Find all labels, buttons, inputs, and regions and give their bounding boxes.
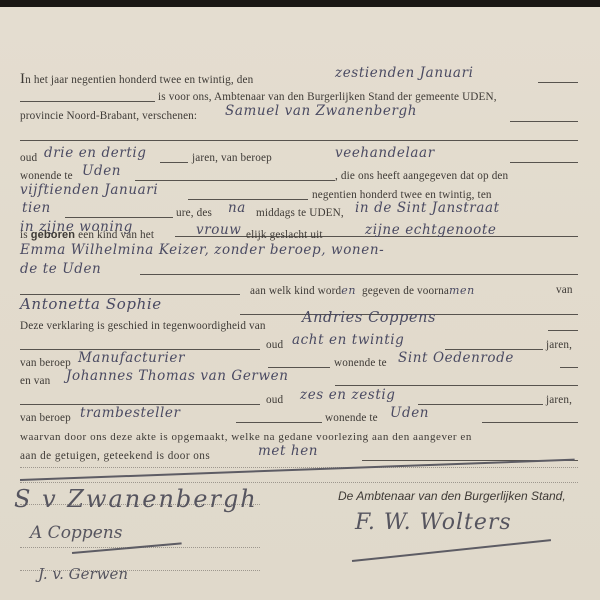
text: oud <box>266 394 283 406</box>
line-3-printed: provincie Noord-Brabant, verschenen: <box>20 110 197 122</box>
text: oud <box>266 339 283 351</box>
plural-suffix: en <box>341 284 356 297</box>
mother-name: Emma Wilhelmina Keizer, zonder beroep, w… <box>20 242 384 258</box>
fill-line <box>418 404 543 405</box>
text: jaren, <box>546 394 572 406</box>
text: gegeven de voorna <box>362 285 449 297</box>
fill-line <box>548 330 578 331</box>
text: is <box>20 229 28 241</box>
witness1-residence: Sint Oedenrode <box>398 350 514 366</box>
date-handwritten: zestienden Januari <box>335 65 474 81</box>
text: wonende te <box>334 357 387 369</box>
child-sex: vrouw <box>196 222 241 238</box>
fill-line <box>335 385 578 386</box>
line-1-printed: In het jaar negentien honderd twee en tw… <box>20 71 253 88</box>
text: Deze verklaring is geschied in tegenwoor… <box>20 320 266 332</box>
mother-relation: zijne echtgenoote <box>365 222 496 238</box>
text: elijk geslacht uit <box>246 229 323 241</box>
fill-line <box>510 121 578 122</box>
text: van <box>556 284 573 296</box>
fill-line <box>20 101 155 102</box>
official-title: De Ambtenaar van den Burgerlijken Stand, <box>338 489 566 503</box>
line-13-printed: aan welk kind worden gegeven de voorname… <box>250 284 475 297</box>
witness2-name: Johannes Thomas van Gerwen <box>66 368 289 384</box>
signed-with: met hen <box>258 443 318 459</box>
fill-line <box>160 162 188 163</box>
witness2-age: zes en zestig <box>300 387 396 403</box>
fill-line <box>135 180 335 181</box>
mother-residence: de te Uden <box>20 261 101 277</box>
birth-location: in de Sint Janstraat <box>355 200 500 216</box>
line-10-printed: is geboren een kind van het <box>20 229 154 241</box>
text: aan welk kind word <box>250 285 341 297</box>
official-underline <box>352 539 551 561</box>
fill-line <box>20 140 578 141</box>
witness2-signature: J. v. Gerwen <box>38 565 128 583</box>
text: jaren, <box>546 339 572 351</box>
birth-ampm: na <box>228 200 246 216</box>
child-given-names: Antonetta Sophie <box>20 295 162 313</box>
fill-line <box>140 274 578 275</box>
dotted-line <box>20 482 578 483</box>
witness1-signature: A Coppens <box>30 523 122 543</box>
text: van beroep <box>20 412 71 424</box>
fill-line <box>560 367 578 368</box>
text: van beroep <box>20 357 71 369</box>
declarant-occupation: veehandelaar <box>335 145 435 161</box>
line-2-printed: is voor ons, Ambtenaar van den Burgerlij… <box>158 91 497 103</box>
declarant-residence: Uden <box>82 163 121 179</box>
text: middags te UDEN, <box>256 207 344 219</box>
fill-line <box>510 162 578 163</box>
declarant-age: drie en dertig <box>44 145 147 161</box>
text: oud <box>20 152 37 164</box>
text: jaren, van beroep <box>192 152 272 164</box>
declarant-signature: S v Zwanenbergh <box>14 485 258 513</box>
text: aan de getuigen, geteekend is door ons <box>20 450 210 462</box>
text: wonende te <box>325 412 378 424</box>
fill-line <box>65 217 173 218</box>
fill-line <box>188 199 308 200</box>
text: n het jaar negentien honderd twee en twi… <box>25 74 253 86</box>
text: , die ons heeft aangegeven dat op den <box>335 170 508 182</box>
certificate-page: In het jaar negentien honderd twee en tw… <box>0 7 600 600</box>
text: en van <box>20 375 50 387</box>
text: ure, des <box>176 207 212 219</box>
official-signature: F. W. Wolters <box>355 510 512 535</box>
text: wonende te <box>20 170 73 182</box>
witness1-occupation: Manufacturier <box>78 350 185 366</box>
witness1-name: Andries Coppens <box>302 310 436 326</box>
fill-line <box>482 422 578 423</box>
birth-date: vijftienden Januari <box>20 182 158 198</box>
fill-line <box>236 422 322 423</box>
plural-suffix: men <box>449 284 475 297</box>
witness2-occupation: trambesteller <box>80 405 181 421</box>
declarant-name: Samuel van Zwanenbergh <box>225 103 417 119</box>
geboren-label: geboren <box>31 229 75 241</box>
text: waarvan door ons deze akte is opgemaakt,… <box>20 431 472 443</box>
text: een kind van het <box>78 229 154 241</box>
witness1-age: acht en twintig <box>292 332 404 348</box>
birth-hour: tien <box>22 200 51 216</box>
witness2-residence: Uden <box>390 405 429 421</box>
fill-line <box>538 82 578 83</box>
